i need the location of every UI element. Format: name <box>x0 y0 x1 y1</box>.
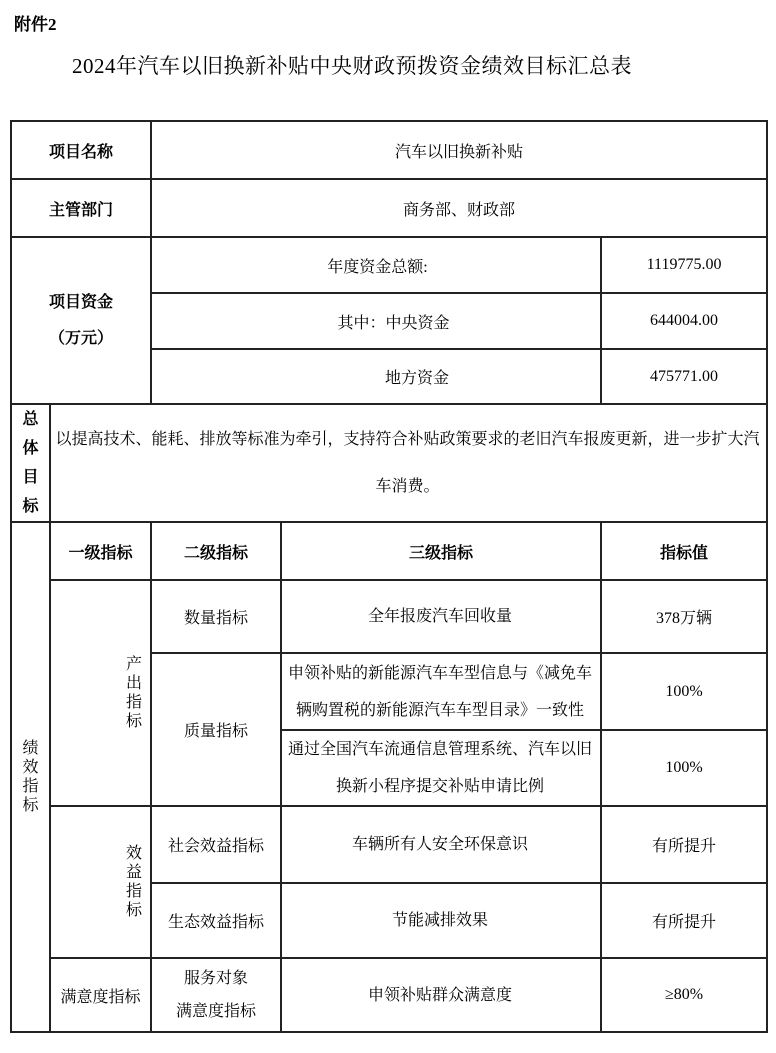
level1-output-cell: 产出指标 <box>50 580 151 806</box>
indicator-safety-awareness-value: 有所提升 <box>601 806 767 883</box>
row-funds-total: 项目资金 （万元） 年度资金总额: 1119775.00 <box>11 237 767 293</box>
page-title: 2024年汽车以旧换新补贴中央财政预拨资金绩效目标汇总表 <box>0 50 704 80</box>
funds-local-label: 地方资金 <box>151 349 601 404</box>
header-level2: 二级指标 <box>151 522 281 580</box>
row-satisfaction: 满意度指标 服务对象 满意度指标 申领补贴群众满意度 ≥80% <box>11 958 767 1032</box>
level2-eco-label: 生态效益指标 <box>151 883 281 958</box>
header-value: 指标值 <box>601 522 767 580</box>
performance-summary-table: 项目名称 汽车以旧换新补贴 主管部门 商务部、财政部 项目资金 （万元） 年度资… <box>10 120 768 1033</box>
overall-goal-text: 以提高技术、能耗、排放等标准为牵引，支持符合补贴政策要求的老旧汽车报废更新，进一… <box>50 404 767 522</box>
level1-benefit-cell: 效益指标 <box>50 806 151 958</box>
indicator-model-consistency: 申领补贴的新能源汽车车型信息与《减免车辆购置税的新能源汽车车型目录》一致性 <box>281 653 601 730</box>
performance-label-cell: 绩效指标 <box>11 522 50 1032</box>
attachment-label: 附件2 <box>14 10 57 35</box>
performance-label: 绩效指标 <box>22 739 40 815</box>
level1-benefit-label: 效益指标 <box>125 844 143 920</box>
funds-total-value: 1119775.00 <box>601 237 767 293</box>
row-overall-goal: 总体目标 以提高技术、能耗、排放等标准为牵引，支持符合补贴政策要求的老旧汽车报废… <box>11 404 767 522</box>
row-social-benefit: 效益指标 社会效益指标 车辆所有人安全环保意识 有所提升 <box>11 806 767 883</box>
funds-central-value: 644004.00 <box>601 293 767 349</box>
indicator-recycle-volume-value: 378万辆 <box>601 580 767 653</box>
level2-social-label: 社会效益指标 <box>151 806 281 883</box>
level2-service-label: 服务对象 满意度指标 <box>151 958 281 1032</box>
funds-total-label: 年度资金总额: <box>151 237 601 293</box>
department-value: 商务部、财政部 <box>151 179 767 237</box>
indicator-application-ratio-value: 100% <box>601 730 767 806</box>
level1-satisfaction-label: 满意度指标 <box>50 958 151 1032</box>
project-name-label: 项目名称 <box>11 121 151 179</box>
row-department: 主管部门 商务部、财政部 <box>11 179 767 237</box>
project-name-value: 汽车以旧换新补贴 <box>151 121 767 179</box>
funds-central-label: 其中：中央资金 <box>151 293 601 349</box>
indicator-public-satisfaction: 申领补贴群众满意度 <box>281 958 601 1032</box>
row-quantity-indicator: 产出指标 数量指标 全年报废汽车回收量 378万辆 <box>11 580 767 653</box>
department-label: 主管部门 <box>11 179 151 237</box>
funds-label: 项目资金 （万元） <box>11 237 151 404</box>
indicator-energy-saving-value: 有所提升 <box>601 883 767 958</box>
indicator-energy-saving: 节能减排效果 <box>281 883 601 958</box>
level2-quality-label: 质量指标 <box>151 653 281 806</box>
overall-goal-label-cell: 总体目标 <box>11 404 50 522</box>
indicator-model-consistency-value: 100% <box>601 653 767 730</box>
overall-goal-label: 总体目标 <box>22 405 40 521</box>
header-level1: 一级指标 <box>50 522 151 580</box>
indicator-application-ratio: 通过全国汽车流通信息管理系统、汽车以旧换新小程序提交补贴申请比例 <box>281 730 601 806</box>
level1-output-label: 产出指标 <box>125 655 143 731</box>
indicator-recycle-volume: 全年报废汽车回收量 <box>281 580 601 653</box>
row-project-name: 项目名称 汽车以旧换新补贴 <box>11 121 767 179</box>
level2-quantity-label: 数量指标 <box>151 580 281 653</box>
header-level3: 三级指标 <box>281 522 601 580</box>
funds-local-value: 475771.00 <box>601 349 767 404</box>
indicator-safety-awareness: 车辆所有人安全环保意识 <box>281 806 601 883</box>
indicator-public-satisfaction-value: ≥80% <box>601 958 767 1032</box>
row-indicator-headers: 绩效指标 一级指标 二级指标 三级指标 指标值 <box>11 522 767 580</box>
